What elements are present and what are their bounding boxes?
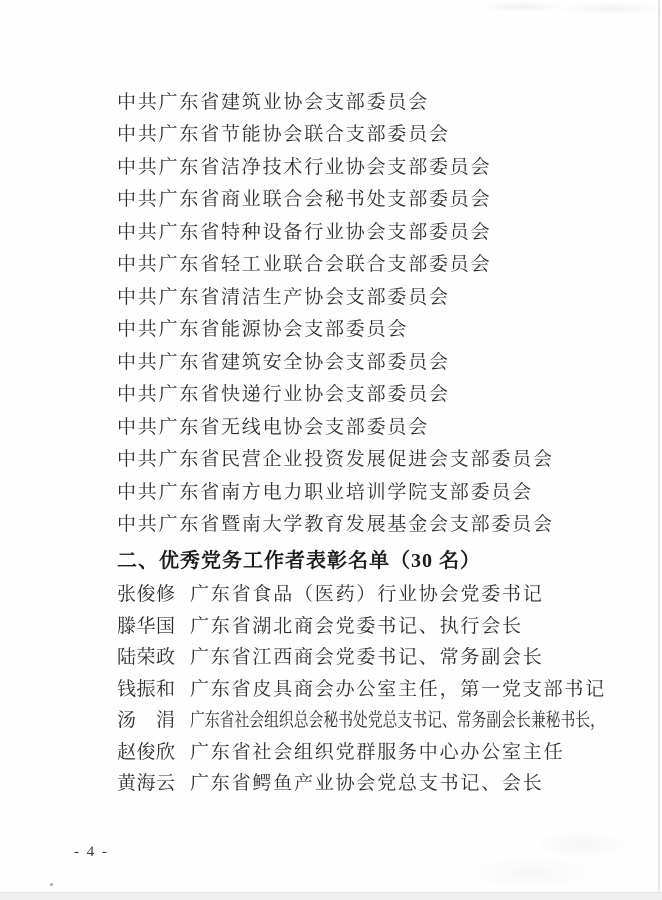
awardee-row: 赵俊欣 广东省社会组织党群服务中心办公室主任 <box>117 735 617 767</box>
awardee-name: 黄海云 <box>117 768 177 795</box>
scanned-document-page: 中共广东省建筑业协会支部委员会 中共广东省节能协会联合支部委员会 中共广东省洁净… <box>0 0 662 900</box>
document-body: 中共广东省建筑业协会支部委员会 中共广东省节能协会联合支部委员会 中共广东省洁净… <box>117 84 617 798</box>
branch-list-item: 中共广东省节能协会联合支部委员会 <box>117 117 617 150</box>
branch-list-item: 中共广东省商业联合会秘书处支部委员会 <box>117 182 617 215</box>
branch-list-item: 中共广东省建筑安全协会支部委员会 <box>117 344 617 377</box>
awardee-title: 广东省社会组织总会秘书处党总支书记、常务副会长兼秘书长， <box>190 705 605 732</box>
branch-list-item: 中共广东省暨南大学教育发展基金会支部委员会 <box>117 507 617 540</box>
awardee-title: 广东省江西商会党委书记、常务副会长 <box>190 642 544 669</box>
awardee-name: 赵俊欣 <box>117 737 177 764</box>
branch-list-item: 中共广东省快递行业协会支部委员会 <box>117 377 617 410</box>
awardee-name: 汤 涓 <box>117 705 177 732</box>
awardee-row: 黄海云 广东省鳄鱼产业协会党总支书记、会长 <box>117 766 617 798</box>
branch-list-item: 中共广东省清洁生产协会支部委员会 <box>117 279 617 312</box>
awardee-row: 滕华国 广东省湖北商会党委书记、执行会长 <box>117 609 617 641</box>
awardee-name: 陆荣政 <box>117 642 177 669</box>
page-number: - 4 - <box>74 844 109 861</box>
branch-list-item: 中共广东省民营企业投资发展促进会支部委员会 <box>117 442 617 475</box>
awardee-title: 广东省鳄鱼产业协会党总支书记、会长 <box>190 768 544 795</box>
scan-smudge-top <box>462 0 662 22</box>
scan-smudge-bottom <box>462 824 662 894</box>
awardee-title: 广东省食品（医药）行业协会党委书记 <box>190 579 544 606</box>
scan-shadow-band <box>0 892 662 900</box>
branch-list-item: 中共广东省特种设备行业协会支部委员会 <box>117 214 617 247</box>
awardee-name: 张俊修 <box>117 579 177 606</box>
branch-list-item: 中共广东省洁净技术行业协会支部委员会 <box>117 149 617 182</box>
section-heading: 二、优秀党务工作者表彰名单（30 名） <box>117 539 617 577</box>
awardee-row: 张俊修 广东省食品（医药）行业协会党委书记 <box>117 577 617 609</box>
awardee-title: 广东省皮具商会办公室主任，第一党支部书记 <box>190 674 606 701</box>
scan-speck <box>49 882 53 886</box>
branch-list-item: 中共广东省能源协会支部委员会 <box>117 312 617 345</box>
awardee-title: 广东省社会组织党群服务中心办公室主任 <box>190 737 564 764</box>
awardee-name: 钱振和 <box>117 674 177 701</box>
branch-list-item: 中共广东省建筑业协会支部委员会 <box>117 84 617 117</box>
awardee-row: 汤 涓 广东省社会组织总会秘书处党总支书记、常务副会长兼秘书长， <box>117 703 617 735</box>
awardee-row: 陆荣政 广东省江西商会党委书记、常务副会长 <box>117 640 617 672</box>
branch-list-item: 中共广东省无线电协会支部委员会 <box>117 409 617 442</box>
branch-list-item: 中共广东省南方电力职业培训学院支部委员会 <box>117 474 617 507</box>
scan-edge-line <box>658 0 660 900</box>
branch-list-item: 中共广东省轻工业联合会联合支部委员会 <box>117 247 617 280</box>
awardee-row: 钱振和 广东省皮具商会办公室主任，第一党支部书记 <box>117 672 617 704</box>
awardee-name: 滕华国 <box>117 611 177 638</box>
awardee-title: 广东省湖北商会党委书记、执行会长 <box>190 611 523 638</box>
